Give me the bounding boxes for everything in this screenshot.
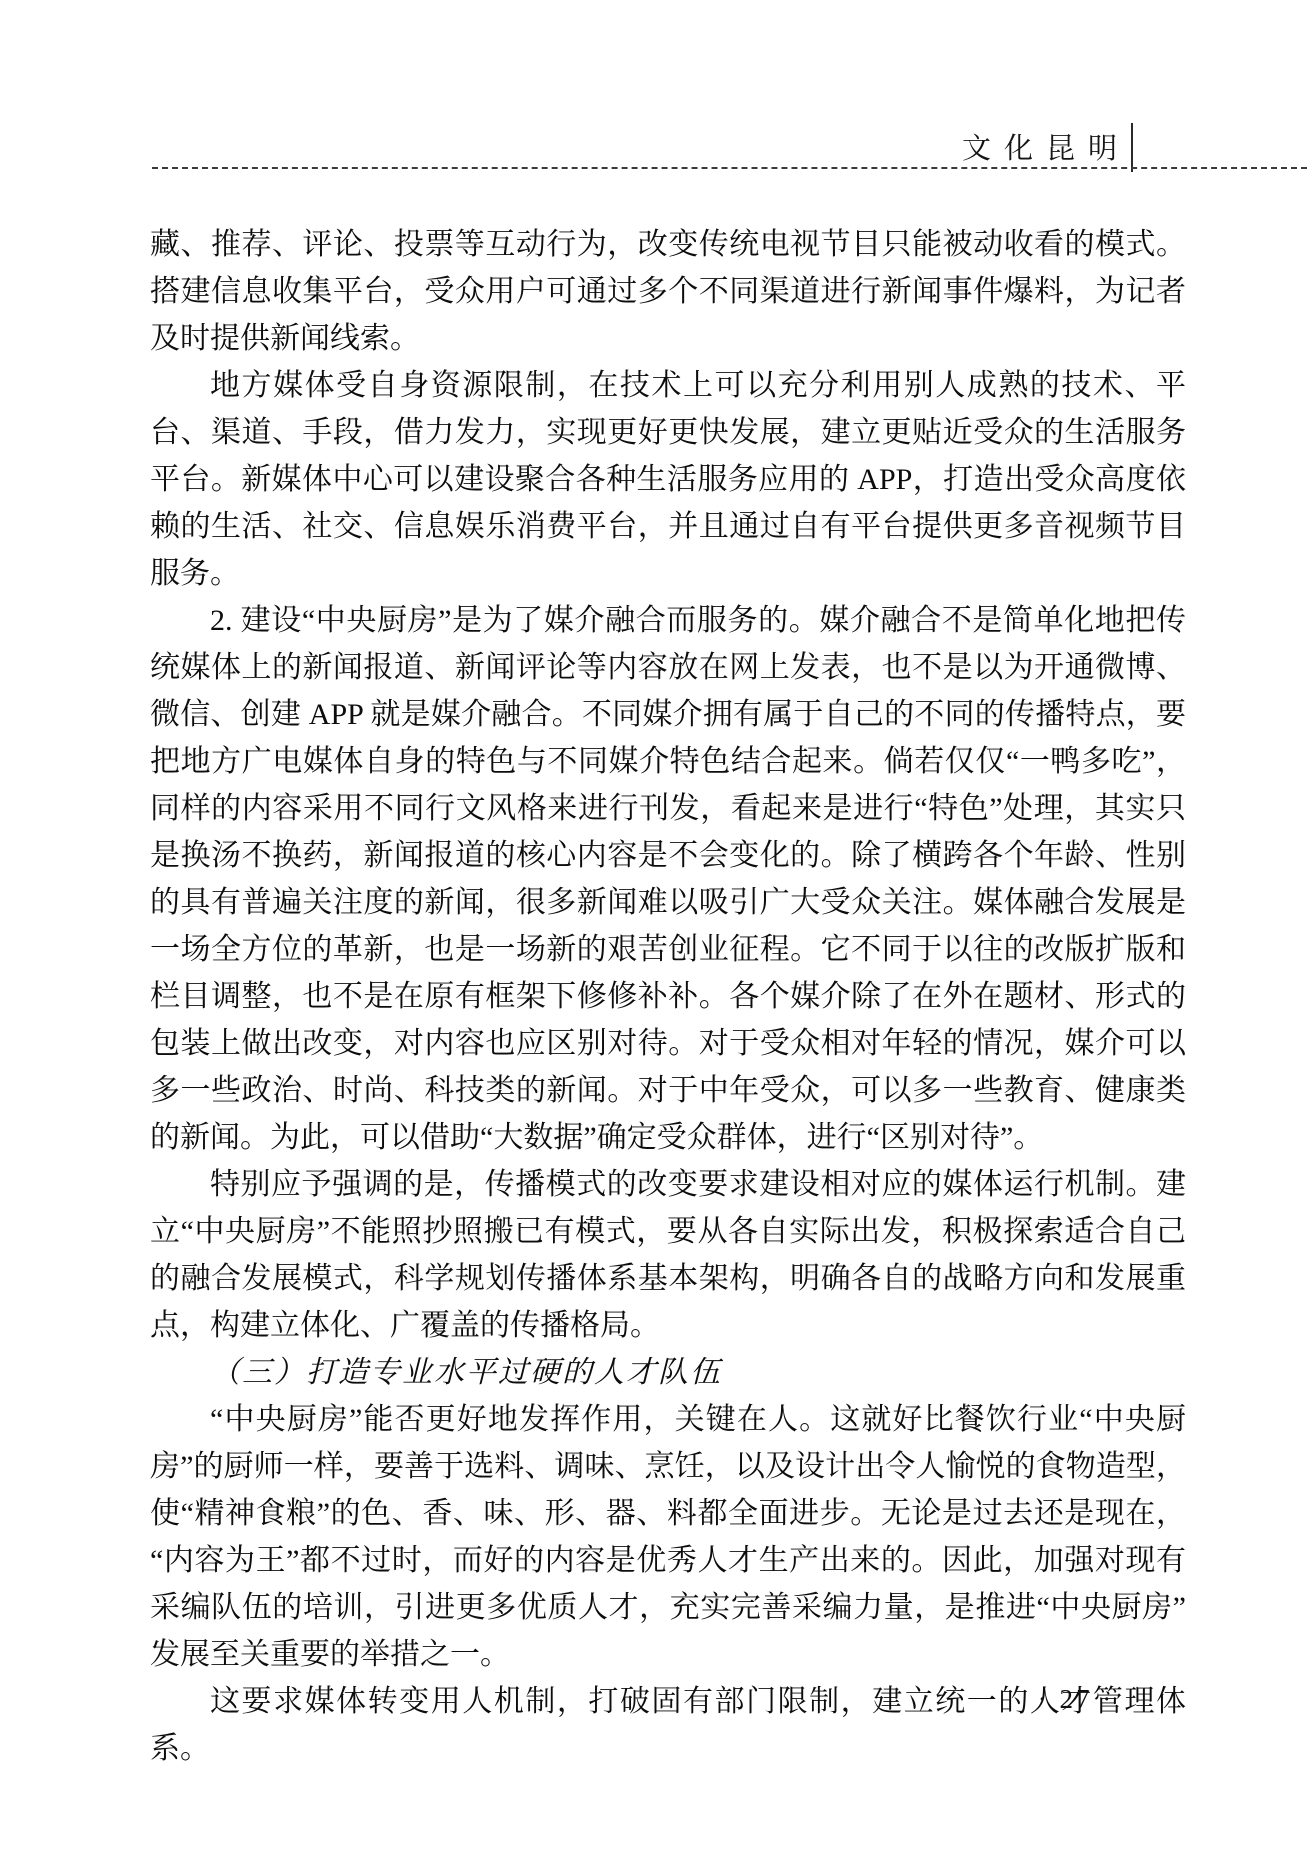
page: 文化昆明 藏、推荐、评论、投票等互动行为，改变传统电视节目只能被动收看的模式。搭… <box>0 0 1307 1859</box>
paragraph: 藏、推荐、评论、投票等互动行为，改变传统电视节目只能被动收看的模式。搭建信息收集… <box>150 221 1186 362</box>
header-divider-bar <box>1131 123 1133 172</box>
paragraph: “中央厨房”能否更好地发挥作用，关键在人。这就好比餐饮行业“中央厨房”的厨师一样… <box>150 1396 1186 1678</box>
paragraph: 地方媒体受自身资源限制，在技术上可以充分利用别人成熟的技术、平台、渠道、手段，借… <box>150 362 1186 597</box>
paragraph: 特别应予强调的是，传播模式的改变要求建设相对应的媒体运行机制。建立“中央厨房”不… <box>150 1161 1186 1349</box>
header-dashed-rule <box>152 167 1307 169</box>
running-head-title: 文化昆明 <box>962 130 1130 168</box>
section-heading: （三）打造专业水平过硬的人才队伍 <box>150 1349 1186 1396</box>
page-number: · 27 · <box>976 1684 1176 1715</box>
body-text: 藏、推荐、评论、投票等互动行为，改变传统电视节目只能被动收看的模式。搭建信息收集… <box>150 221 1186 1772</box>
paragraph: 2. 建设“中央厨房”是为了媒介融合而服务的。媒介融合不是简单化地把传统媒体上的… <box>150 597 1186 1161</box>
